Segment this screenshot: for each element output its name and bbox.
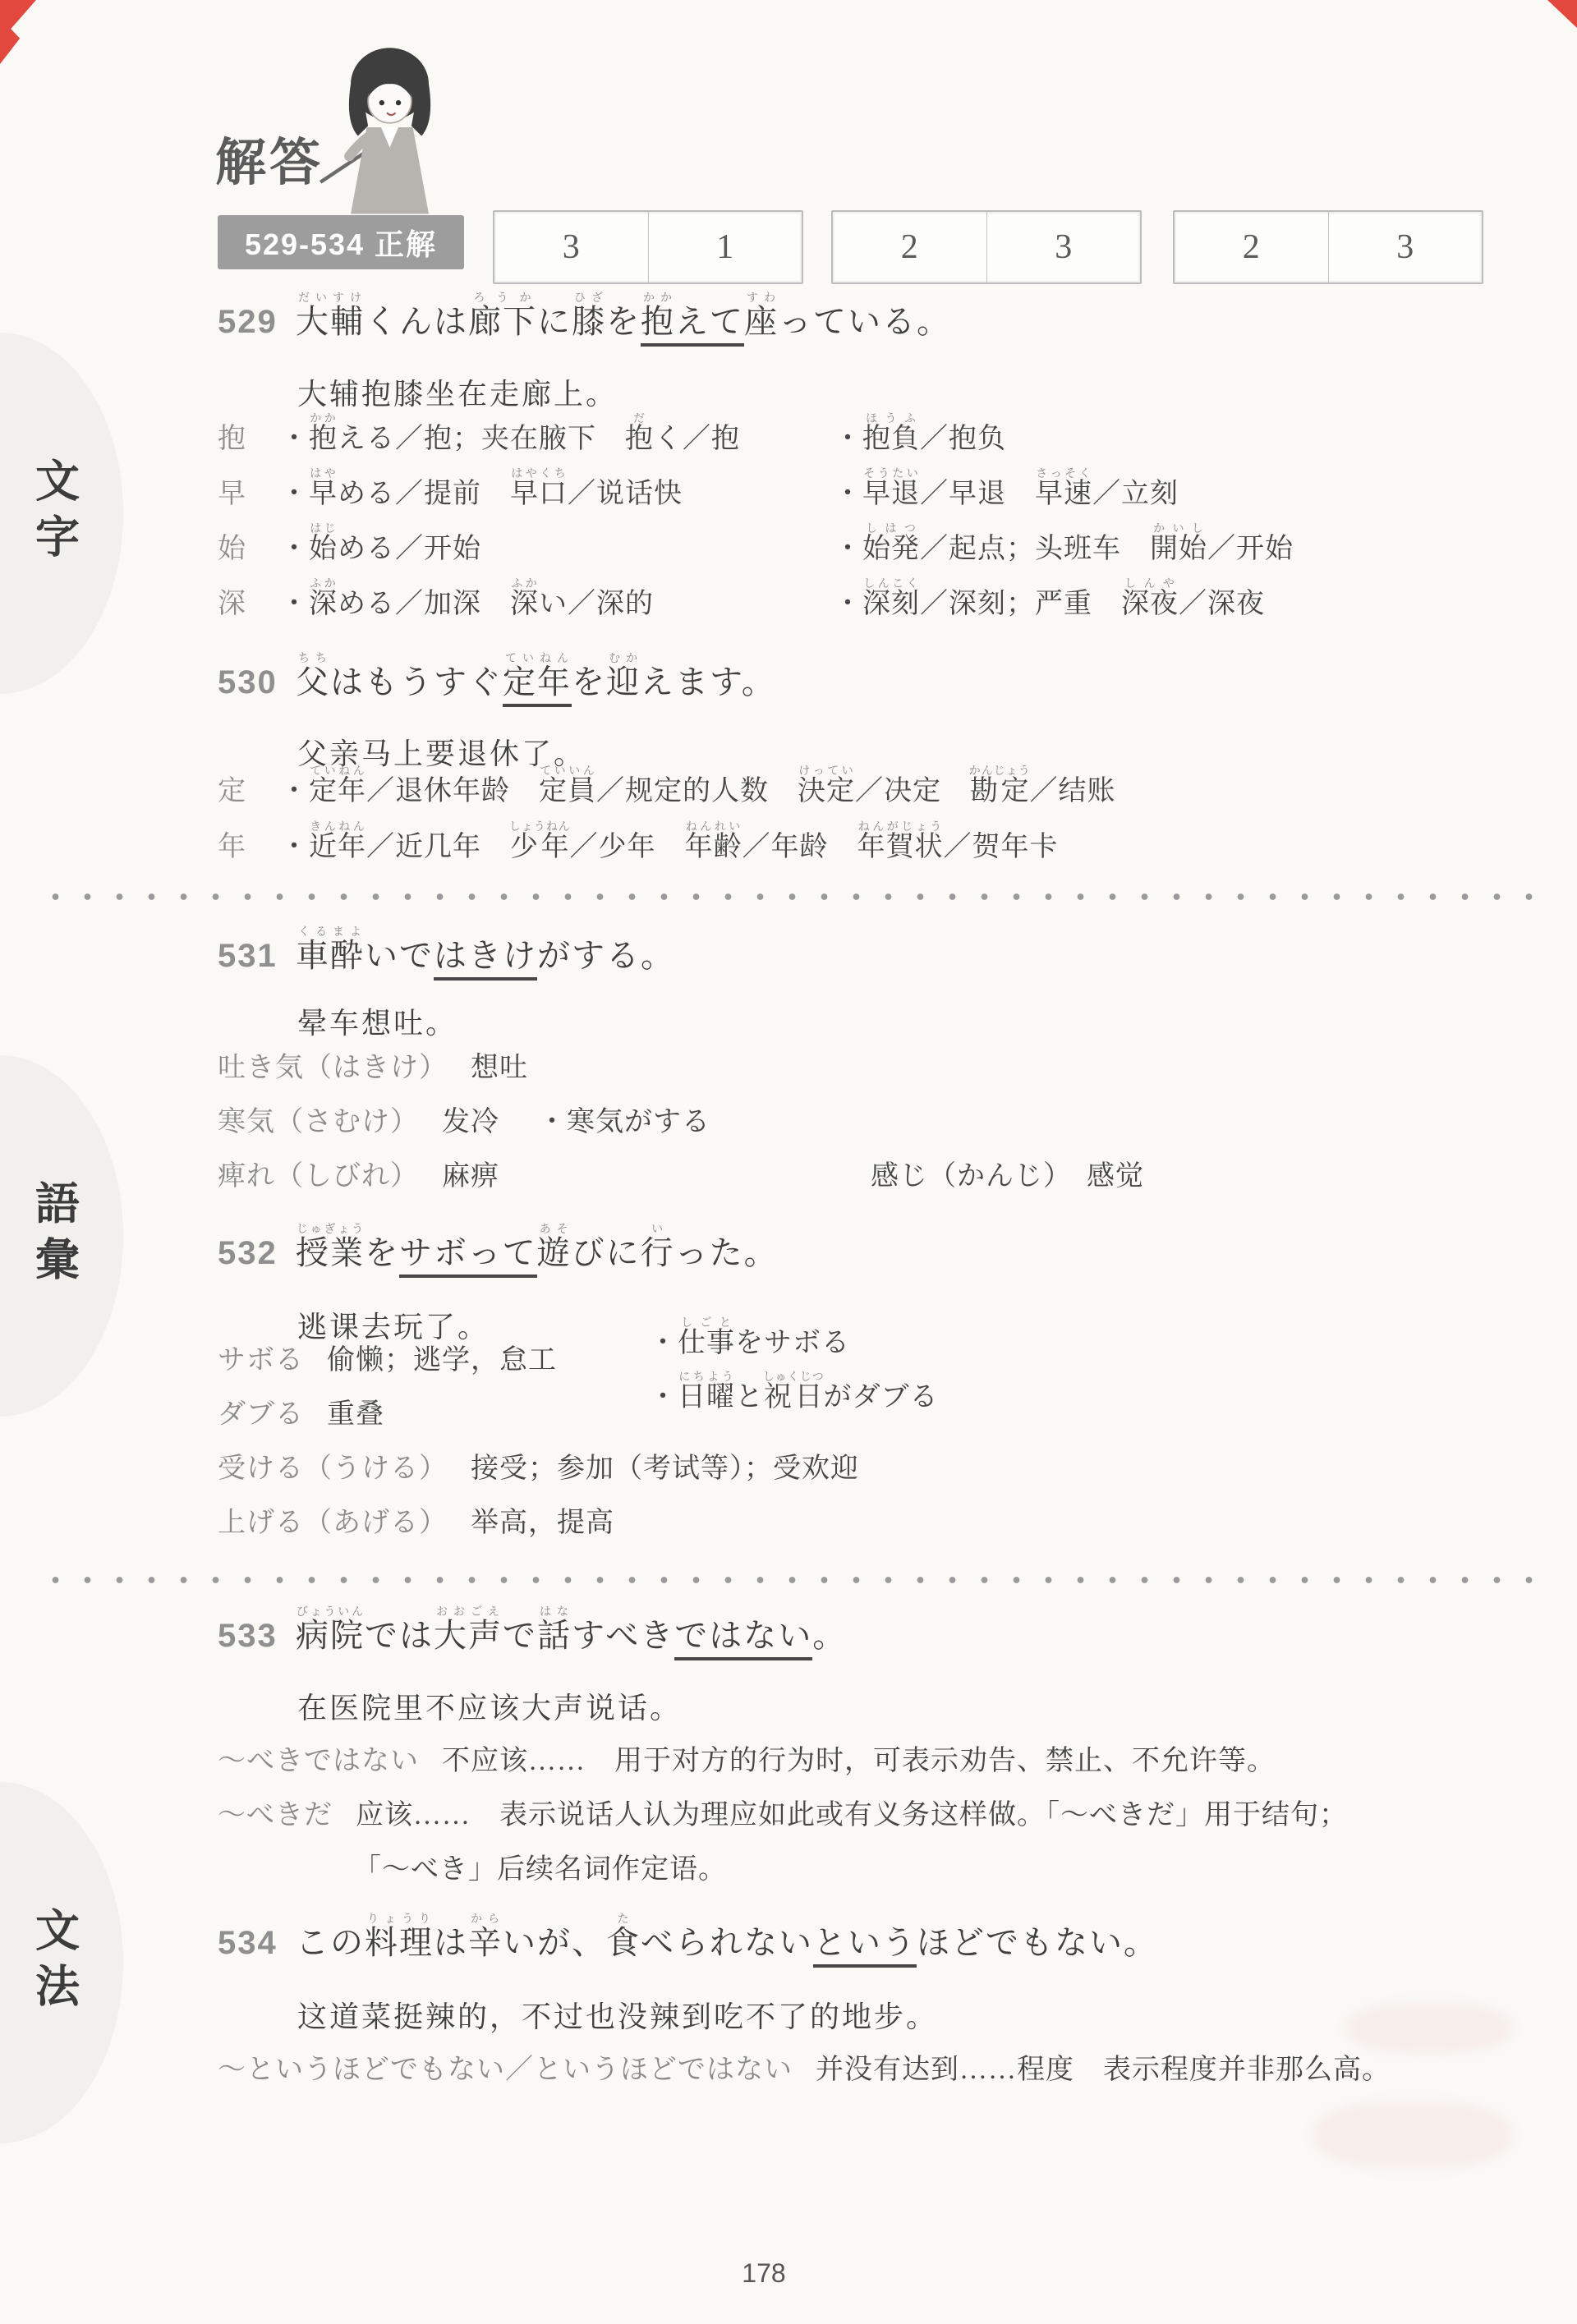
textbook-answer-page: 文字 語彙 文法 解答 529-534 正解 3 1 2 3 2 3 529: [0, 0, 1577, 2324]
sidebar-tab-label: 語彙: [23, 1180, 86, 1292]
question-translation: 晕车想吐。: [297, 1000, 457, 1042]
vocab-row: 年・近年きんねん／近几年 少年しょうねん／少年 年齢ねんれい／年龄 年賀状ねんが…: [218, 821, 1565, 864]
question-sentence: 病院びょういんでは大声おおごえで話はなすべきではない。: [296, 1606, 847, 1656]
question-translation: 在医院里不应该大声说话。: [297, 1685, 682, 1727]
vocab-row: 深・深ふかめる／加深 深ふかい／深的 ・深刻しんこく／深刻；严重 深夜しんや／深…: [218, 578, 1565, 621]
answer-range-label-box: 529-534 正解: [218, 215, 464, 269]
definition-row: 寒気（さむけ）发冷 ・寒気がする: [218, 1099, 1565, 1139]
grammar-explanation: 不应该…… 用于对方的行为时，可表示劝告、禁止、不允许等。: [442, 1746, 1276, 1776]
question-number: 531: [218, 938, 296, 975]
question-sentence: この料理りょうりは辛からいが、食たべられないというほどでもない。: [296, 1913, 1158, 1963]
related-word: 感じ（かんじ） 感觉: [871, 1153, 1144, 1193]
question-number: 533: [218, 1618, 296, 1655]
vocab-entry-left: ・抱かかえる／抱；夹在腋下 抱だく／抱: [280, 424, 740, 454]
question-number: 534: [218, 1925, 296, 1962]
definition-row: 痺れ（しびれ）麻痹 感じ（かんじ） 感觉: [218, 1153, 1565, 1193]
usage-example: ・寒気がする: [538, 1099, 710, 1139]
grammar-pattern: ～べきだ: [218, 1800, 333, 1830]
definition-row: ダブる重叠 ・日曜にちようと祝日しゅくじつがダブる: [218, 1391, 1565, 1431]
scan-smudge: [1347, 2004, 1511, 2053]
vocab-entry-right: ・始発しはつ／起点；头班车 開始かいし／开始: [834, 523, 1294, 566]
definition-text: 接受；参加（考试等）；受欢迎: [471, 1454, 859, 1484]
question-sentence: 授業じゅぎょうをサボって遊あそびに行いった。: [296, 1224, 779, 1274]
answer-box-group-2: 2 3: [831, 210, 1142, 284]
vocab-row: 早・早はやめる／提前 早口はやくち／说话快 ・早退そうたい／早退 早速さっそく／…: [218, 468, 1565, 511]
sidebar-tab-goi: 語彙: [0, 1055, 123, 1417]
vocab-key-kanji: 深: [218, 581, 280, 621]
definition-term: サボる: [218, 1345, 304, 1376]
vocab-entry-left: ・深ふかめる／加深 深ふかい／深的: [280, 589, 654, 619]
vocab-row: 定・定年ていねん／退休年龄 定員ていいん／规定的人数 決定けってい／决定 勘定か…: [218, 765, 1565, 808]
sidebar-tab-moji: 文字: [0, 333, 123, 694]
question-translation: 大辅抱膝坐在走廊上。: [297, 371, 618, 413]
question-533: 533 病院びょういんでは大声おおごえで話はなすべきではない。: [218, 1606, 847, 1656]
question-translation: 这道菜挺辣的，不过也没辣到吃不了的地步。: [297, 1994, 938, 2036]
dotted-divider: [39, 1575, 1538, 1585]
grammar-explanation: 并没有达到……程度 表示程度并非那么高。: [816, 2055, 1391, 2085]
sidebar-tab-label: 文法: [23, 1907, 86, 2019]
grammar-pattern: ～というほどでもない／というほどではない: [218, 2055, 793, 2085]
grammar-row-continuation: 「～べき」后续名词作定语。: [353, 1846, 1577, 1886]
question-534: 534 この料理りょうりは辛からいが、食たべられないというほどでもない。: [218, 1913, 1158, 1963]
vocab-entry-left: ・始はじめる／开始: [280, 534, 481, 564]
question-sentence: 大輔だいすけくんは廊下ろうかに膝ひざを抱かかえて座すわっている。: [296, 292, 951, 342]
vocab-entry-right: ・抱負ほうふ／抱负: [834, 413, 1006, 456]
answer-cell-534: 3: [1328, 212, 1483, 282]
answer-cell-532: 3: [986, 212, 1141, 282]
definition-text: 偷懒；逃学，怠工: [327, 1345, 557, 1376]
question-530: 530 父ちちはもうすぐ定年ていねんを迎むかえます。: [218, 653, 776, 703]
vocab-key-kanji: 定: [218, 768, 280, 808]
grammar-row: ～べきではない不应该…… 用于对方的行为时，可表示劝告、禁止、不允许等。: [218, 1738, 1565, 1778]
vocab-key-kanji: 年: [218, 824, 280, 864]
sidebar-tab-label: 文字: [23, 457, 86, 569]
teacher-girl-illustration: [314, 38, 460, 217]
scan-smudge: [1314, 2102, 1511, 2168]
answer-cell-530: 1: [648, 212, 802, 282]
vocab-row: 抱・抱かかえる／抱；夹在腋下 抱だく／抱 ・抱負ほうふ／抱负: [218, 413, 1565, 456]
definition-text: 发冷: [442, 1107, 499, 1137]
grammar-row: ～べきだ应该…… 表示说话人认为理应如此或有义务这样做。「～べきだ」用于结句；: [218, 1792, 1565, 1832]
question-532: 532 授業じゅぎょうをサボって遊あそびに行いった。: [218, 1224, 779, 1274]
vocab-key-kanji: 早: [218, 471, 280, 511]
vocab-entry-right: ・早退そうたい／早退 早速さっそく／立刻: [834, 468, 1179, 511]
answer-box-group-1: 3 1: [493, 210, 803, 284]
question-number: 529: [218, 304, 296, 341]
definition-term: 吐き気（はきけ）: [218, 1053, 448, 1083]
page-section-title: 解答: [215, 122, 324, 195]
usage-example: ・日曜にちようと祝日しゅくじつがダブる: [649, 1371, 939, 1414]
definition-row: 受ける（うける）接受；参加（考试等）；受欢迎: [218, 1445, 1565, 1486]
question-sentence: 車酔くるまよいではきけがする。: [296, 926, 675, 976]
answer-cell-533: 2: [1175, 212, 1328, 282]
definition-text: 想吐: [471, 1053, 528, 1083]
answer-range-label: 529-534 正解: [245, 222, 437, 264]
usage-example: ・仕事しごとをサボる: [649, 1317, 850, 1360]
answer-box-group-3: 2 3: [1173, 210, 1483, 284]
vocab-entry-left: ・近年きんねん／近几年 少年しょうねん／少年 年齢ねんれい／年龄 年賀状ねんがじ…: [280, 832, 1059, 862]
vocab-entry-right: ・深刻しんこく／深刻；严重 深夜しんや／深夜: [834, 578, 1265, 621]
definition-text: 重叠: [327, 1399, 384, 1430]
question-531: 531 車酔くるまよいではきけがする。: [218, 926, 675, 976]
definition-term: ダブる: [218, 1399, 304, 1430]
definition-term: 寒気（さむけ）: [218, 1107, 419, 1137]
definition-term: 痺れ（しびれ）: [218, 1161, 419, 1192]
grammar-explanation: 应该…… 表示说话人认为理应如此或有义务这样做。「～べきだ」用于结句；: [356, 1800, 1348, 1830]
sidebar-tab-bunpou: 文法: [0, 1782, 123, 2143]
vocab-row: 始・始はじめる／开始 ・始発しはつ／起点；头班车 開始かいし／开始: [218, 523, 1565, 566]
vocab-entry-left: ・定年ていねん／退休年龄 定員ていいん／规定的人数 決定けってい／决定 勘定かん…: [280, 776, 1116, 806]
dotted-divider: [39, 892, 1538, 902]
page-number: 178: [706, 2258, 821, 2289]
red-corner-mark-top-right: [1544, 0, 1577, 28]
definition-text: 举高，提高: [471, 1508, 614, 1538]
definition-row: 上げる（あげる）举高，提高: [218, 1500, 1565, 1540]
definition-text: 麻痹: [442, 1161, 499, 1192]
definition-row: 吐き気（はきけ）想吐: [218, 1045, 1565, 1085]
question-sentence: 父ちちはもうすぐ定年ていねんを迎むかえます。: [296, 653, 776, 703]
question-number: 532: [218, 1235, 296, 1272]
definition-term: 受ける（うける）: [218, 1454, 448, 1484]
grammar-explanation: 「～べき」后续名词作定语。: [353, 1854, 727, 1885]
vocab-key-kanji: 始: [218, 526, 280, 566]
vocab-entry-left: ・早はやめる／提前 早口はやくち／说话快: [280, 479, 683, 509]
grammar-row: ～というほどでもない／というほどではない并没有达到……程度 表示程度并非那么高。: [218, 2046, 1565, 2087]
red-corner-mark-top-left: [0, 0, 36, 64]
definition-term: 上げる（あげる）: [218, 1508, 448, 1538]
grammar-pattern: ～べきではない: [218, 1746, 419, 1776]
vocab-key-kanji: 抱: [218, 416, 280, 456]
question-529: 529 大輔だいすけくんは廊下ろうかに膝ひざを抱かかえて座すわっている。: [218, 292, 951, 342]
question-number: 530: [218, 664, 296, 701]
answer-cell-529: 3: [494, 212, 648, 282]
answer-cell-531: 2: [833, 212, 986, 282]
